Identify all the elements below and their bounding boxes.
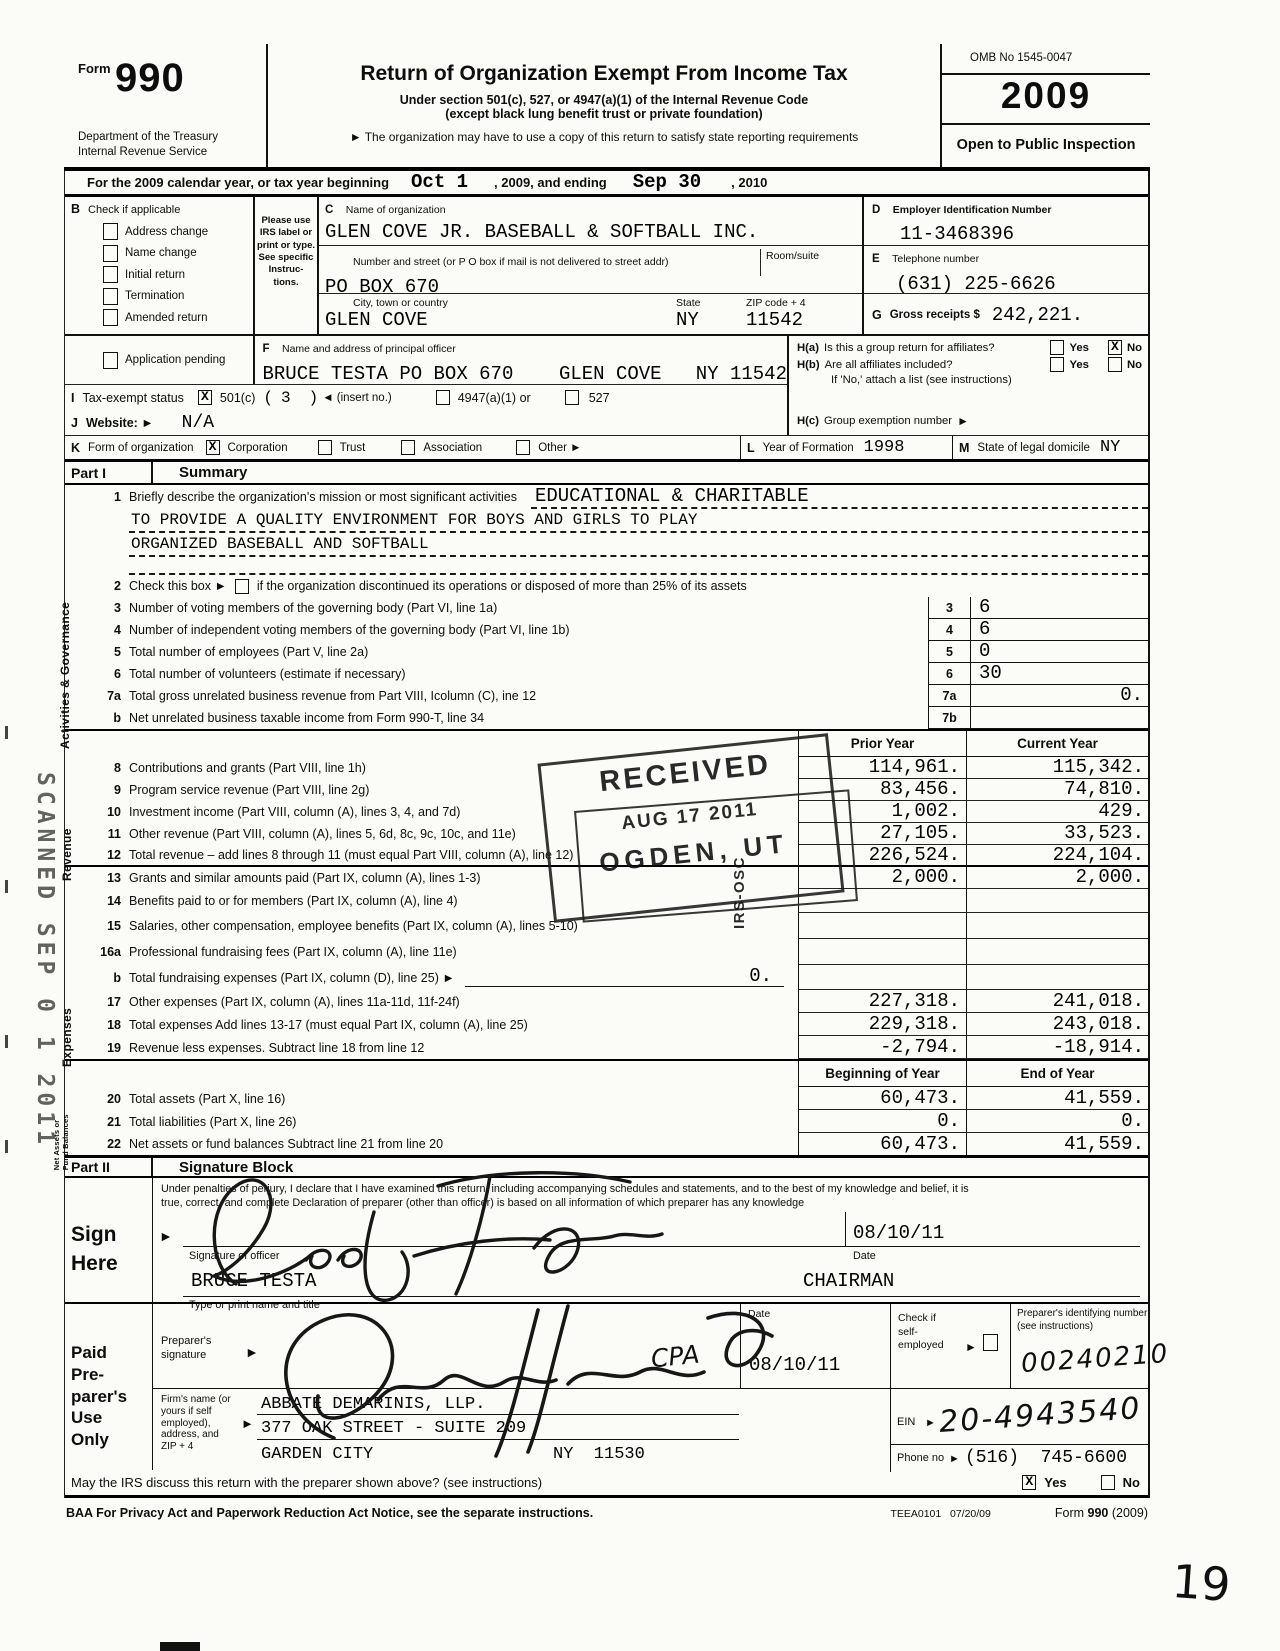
- identity-block: B Check if applicable Address change Nam…: [65, 197, 1148, 336]
- line16b-current: [966, 965, 1148, 990]
- tax-year-mid: , 2009, and ending: [494, 175, 607, 190]
- form-title-block: Return of Organization Exempt From Incom…: [266, 44, 940, 167]
- other-checkbox[interactable]: [516, 440, 530, 455]
- prior-current-header: Prior Year Current Year: [65, 729, 1148, 757]
- signature-line[interactable]: [183, 1246, 1140, 1247]
- sig-row-divider: [153, 1388, 1148, 1389]
- letter-g: G: [872, 308, 882, 322]
- hb-yes-checkbox[interactable]: [1050, 357, 1064, 372]
- line21-end[interactable]: 0.: [966, 1110, 1148, 1133]
- insert-paren-open: (: [263, 390, 273, 406]
- letter-l: L: [747, 441, 755, 455]
- principal-officer-label: Name and address of principal officer: [282, 343, 456, 355]
- state-reporting-note: ► The organization may have to use a cop…: [268, 130, 940, 144]
- ein-cell: D Employer Identification Number 11-3468…: [864, 197, 1148, 245]
- may-irs-discuss-label: May the IRS discuss this return with the…: [71, 1475, 1014, 1490]
- group-return-block: H(a) Is this a group return for affiliat…: [789, 336, 1148, 435]
- sign-here-label: Sign Here: [65, 1178, 153, 1302]
- irs-line: Internal Revenue Service: [78, 145, 218, 159]
- hc-text: Group exemption number: [824, 415, 952, 427]
- part2-bar: Part II Signature Block: [65, 1155, 1148, 1178]
- ha-letter: H(a): [797, 342, 819, 354]
- zip-value[interactable]: 11542: [746, 311, 856, 330]
- check-col-divider: [890, 1304, 891, 1388]
- principal-officer-value[interactable]: BRUCE TESTA PO BOX 670 GLEN COVE NY 1154…: [263, 365, 788, 384]
- association-checkbox[interactable]: [401, 440, 415, 455]
- dept-treasury: Department of the Treasury: [78, 130, 218, 144]
- checkbox-row-address-change: Address change: [65, 221, 253, 243]
- gross-receipts-value[interactable]: 242,221.: [992, 306, 1083, 325]
- scan-artifact: [160, 1642, 200, 1651]
- check-self-employed-label: Check if self- employed: [898, 1312, 944, 1353]
- line13-current[interactable]: 2,000.: [966, 867, 1148, 889]
- ha-no-checkbox[interactable]: X: [1108, 340, 1122, 355]
- received-stamp-inner-outline: [574, 789, 858, 922]
- summary-line-16b: b Total fundraising expenses (Part IX, c…: [65, 965, 1148, 990]
- form-990-page: Form 990 Department of the Treasury Inte…: [0, 0, 1280, 1651]
- line4-value[interactable]: 6: [970, 619, 1148, 641]
- form-number: 990: [115, 56, 185, 100]
- website-label: Website: ►: [86, 416, 154, 430]
- part1-bar: Part I Summary: [65, 462, 1148, 485]
- phone-value[interactable]: (631) 225-6626: [896, 275, 1142, 294]
- checkbox-row-amended-return: Amended return: [65, 307, 253, 329]
- legal-domicile-cell: M State of legal domicile NY: [952, 436, 1148, 459]
- phone-arrow-icon: ►: [949, 1453, 960, 1465]
- hc-letter: H(c): [797, 415, 819, 427]
- officer-name-value[interactable]: BRUCE TESTA: [191, 1272, 316, 1291]
- omb-number: OMB No 1545-0047: [942, 44, 1150, 73]
- year-of-formation-cell: L Year of Formation 1998: [740, 436, 952, 459]
- year-formation-value[interactable]: 1998: [864, 439, 905, 456]
- summary-line-3: 3 Number of voting members of the govern…: [65, 597, 1148, 619]
- letter-c: C: [325, 204, 333, 216]
- hb-no-checkbox[interactable]: [1108, 357, 1122, 372]
- handwritten-page-number: 19: [1170, 1554, 1232, 1612]
- line16a-prior[interactable]: [798, 939, 966, 965]
- line7b-value[interactable]: [970, 707, 1148, 729]
- line2-pre: Check this box ►: [129, 579, 227, 593]
- discuss-yes-checkbox[interactable]: X: [1022, 1475, 1036, 1490]
- scan-artifact: [5, 1140, 8, 1153]
- checkbox-row-name-change: Name change: [65, 243, 253, 265]
- letter-e: E: [872, 253, 880, 265]
- summary-line-2: 2 Check this box ► if the organization d…: [65, 575, 1148, 597]
- scan-artifact: [5, 1035, 8, 1048]
- line19-prior[interactable]: -2,794.: [798, 1036, 966, 1059]
- form-of-org-label: Form of organization: [88, 442, 193, 454]
- form-header: Form 990 Department of the Treasury Inte…: [64, 44, 1150, 171]
- line16b-value[interactable]: 0.: [465, 967, 784, 987]
- room-suite-label: Room/suite: [760, 249, 856, 276]
- letter-k: K: [71, 441, 80, 455]
- hb-note: If 'No,' attach a list (see instructions…: [797, 374, 1142, 386]
- line16b-label: Total fundraising expenses (Part IX, col…: [129, 971, 455, 985]
- line21-begin[interactable]: 0.: [798, 1110, 966, 1133]
- part1-tag: Part I: [65, 462, 153, 483]
- firm-name-line: [257, 1414, 739, 1415]
- part2-tag: Part II: [65, 1158, 153, 1176]
- summary-line-5: 5 Total number of employees (Part V, lin…: [65, 641, 1148, 663]
- line19-current[interactable]: -18,914.: [966, 1036, 1148, 1059]
- omb-year-block: OMB No 1545-0047 2009 Open to Public Ins…: [940, 44, 1150, 167]
- trust-label: Trust: [340, 442, 366, 454]
- side-label-expenses: Expenses: [60, 1008, 74, 1067]
- line18-current[interactable]: 243,018.: [966, 1013, 1148, 1036]
- ein-arrow-icon: ►: [925, 1417, 936, 1429]
- phone-cell: E Telephone number (631) 225-6626: [864, 246, 1148, 293]
- part2-title: Signature Block: [153, 1158, 293, 1176]
- checkbox-row-termination: Termination: [65, 286, 253, 308]
- hb-text: Are all affiliates included?: [825, 359, 953, 371]
- line14-current[interactable]: [966, 889, 1148, 913]
- letter-b: B: [71, 202, 80, 221]
- scan-artifact: [5, 880, 8, 893]
- org-name-value[interactable]: GLEN COVE JR. BASEBALL & SOFTBALL INC.: [325, 223, 856, 242]
- discontinued-checkbox[interactable]: [235, 579, 249, 594]
- tax-year-end-value[interactable]: Sep 30: [633, 173, 701, 192]
- line2-post: if the organization discontinued its ope…: [257, 579, 747, 593]
- summary-line-7a: 7a Total gross unrelated business revenu…: [65, 685, 1148, 707]
- mission-value-4[interactable]: [129, 557, 1148, 575]
- signature-of-officer-label: Signature of officer: [189, 1250, 279, 1262]
- name-title-line: [183, 1296, 1140, 1297]
- application-pending-label: Application pending: [125, 354, 225, 366]
- 527-checkbox[interactable]: [565, 390, 579, 405]
- firm-arrow-icon: ►: [241, 1416, 254, 1431]
- preparer-cpa-note: CPA: [650, 1340, 701, 1374]
- footer-row: BAA For Privacy Act and Paperwork Reduct…: [64, 1498, 1150, 1520]
- summary-line-7b: b Net unrelated business taxable income …: [65, 707, 1148, 729]
- legal-domicile-value[interactable]: NY: [1100, 439, 1120, 456]
- may-irs-discuss-row: May the IRS discuss this return with the…: [65, 1470, 1148, 1498]
- termination-label: Termination: [125, 290, 184, 302]
- initial-return-label: Initial return: [125, 269, 185, 281]
- line17-current[interactable]: 241,018.: [966, 990, 1148, 1013]
- form-subtitle-2: (except black lung benefit trust or priv…: [268, 107, 940, 121]
- sign-here-block: Sign Here Under penalties of perjury, I …: [65, 1178, 1148, 1302]
- mission-value-3[interactable]: ORGANIZED BASEBALL AND SOFTBALL: [129, 533, 1148, 557]
- summary-line-19: 19 Revenue less expenses. Subtract line …: [65, 1036, 1148, 1059]
- website-row: J Website: ► N/A: [65, 410, 787, 435]
- other-label: Other ►: [538, 442, 581, 454]
- name-change-checkbox[interactable]: [103, 245, 118, 262]
- insert-number-value[interactable]: 3: [281, 390, 291, 406]
- 4947a1-label: 4947(a)(1) or: [458, 391, 531, 405]
- tax-year-line: For the 2009 calendar year, or tax year …: [65, 171, 1148, 197]
- mission-value-2[interactable]: TO PROVIDE A QUALITY ENVIRONMENT FOR BOY…: [129, 509, 1148, 533]
- baa-notice: BAA For Privacy Act and Paperwork Reduct…: [66, 1506, 890, 1520]
- gross-receipts-cell: G Gross receipts $ 242,221.: [864, 294, 1148, 334]
- amended-return-checkbox[interactable]: [103, 309, 118, 326]
- 501c-label: 501(c): [220, 391, 255, 405]
- paid-preparer-label: Paid Pre- parer's Use Only: [65, 1304, 153, 1470]
- legal-domicile-label: State of legal domicile: [977, 442, 1090, 454]
- summary-line-20: 20 Total assets (Part X, line 16) 60,473…: [65, 1087, 1148, 1110]
- org-name-label: Name of organization: [346, 204, 446, 216]
- website-value[interactable]: N/A: [182, 414, 214, 432]
- principal-officer-cell: F Name and address of principal officer …: [255, 336, 788, 384]
- summary-line-4: 4 Number of independent voting members o…: [65, 619, 1148, 641]
- scanned-stamp: SCANNED SEP 0 1 2011: [32, 772, 58, 1149]
- trust-checkbox[interactable]: [318, 440, 332, 455]
- firm-street-line: [257, 1439, 739, 1440]
- ein-col-divider: [890, 1388, 891, 1472]
- state-label: State: [676, 297, 746, 309]
- firm-name-value[interactable]: ABBATE DEMARINIS, LLP.: [261, 1396, 485, 1413]
- corporation-label: Corporation: [228, 442, 288, 454]
- preparer-sig-arrow-icon: ►: [245, 1344, 259, 1360]
- gross-receipts-label: Gross receipts $: [890, 309, 980, 321]
- check-if-applicable-label: Check if applicable: [88, 202, 180, 221]
- current-year-header: Current Year: [966, 731, 1148, 757]
- application-pending-checkbox[interactable]: [103, 352, 118, 369]
- tax-year-begin-value[interactable]: Oct 1: [411, 173, 468, 192]
- ha-text: Is this a group return for affiliates?: [824, 342, 995, 354]
- phone-no-label: Phone no: [897, 1452, 944, 1464]
- letter-j: J: [71, 416, 78, 430]
- tax-year: 2009: [942, 73, 1150, 123]
- address-change-label: Address change: [125, 226, 208, 238]
- line5-value[interactable]: 0: [970, 641, 1148, 663]
- part1-title: Summary: [153, 462, 247, 483]
- discuss-yes-label: Yes: [1044, 1475, 1066, 1490]
- line7a-value[interactable]: 0.: [970, 685, 1148, 707]
- ein-label: Employer Identification Number: [893, 204, 1052, 216]
- ha-no-label: No: [1127, 342, 1142, 354]
- checkbox-row-initial-return: Initial return: [65, 264, 253, 286]
- self-employed-arrow-icon: ►: [965, 1340, 977, 1354]
- officer-date-value[interactable]: 08/10/11: [853, 1224, 944, 1243]
- year-formation-label: Year of Formation: [763, 442, 854, 454]
- discuss-no-label: No: [1123, 1475, 1140, 1490]
- city-label: City, town or country: [325, 297, 676, 309]
- summary-line-17: 17 Other expenses (Part IX, column (A), …: [65, 990, 1148, 1013]
- preparer-id-value[interactable]: 00240210: [1020, 1339, 1170, 1379]
- perjury-statement: Under penalties of perjury, I declare th…: [161, 1182, 1142, 1210]
- mission-line-4: [65, 557, 1148, 575]
- summary-line-21: 21 Total liabilities (Part X, line 26) 0…: [65, 1110, 1148, 1133]
- self-employed-checkbox[interactable]: [983, 1334, 998, 1351]
- letter-f: F: [263, 343, 270, 355]
- insert-paren-close: ): [309, 390, 319, 406]
- teea-code: TEEA0101 07/20/09: [890, 1508, 990, 1520]
- letter-i: I: [71, 391, 74, 405]
- mission-line-2: TO PROVIDE A QUALITY ENVIRONMENT FOR BOY…: [65, 509, 1148, 533]
- line8-current[interactable]: 115,342.: [966, 757, 1148, 779]
- name-change-label: Name change: [125, 247, 197, 259]
- form-of-organization-row: K Form of organization X Corporation Tru…: [65, 436, 1148, 462]
- line16a-current[interactable]: [966, 939, 1148, 965]
- insert-no-note: ◄ (insert no.): [322, 392, 392, 404]
- phone-label: Telephone number: [892, 253, 979, 265]
- form-subtitle-1: Under section 501(c), 527, or 4947(a)(1)…: [268, 93, 940, 107]
- hb-yes-label: Yes: [1069, 359, 1088, 371]
- end-of-year-header: End of Year: [966, 1061, 1148, 1087]
- firm-name-label: Firm's name (or yours if self employed),…: [161, 1394, 231, 1453]
- scan-artifact: [5, 726, 8, 739]
- 4947a1-checkbox[interactable]: [436, 390, 450, 405]
- open-to-public: Open to Public Inspection: [942, 123, 1150, 167]
- termination-checkbox[interactable]: [103, 288, 118, 305]
- id-col-divider: [1010, 1304, 1011, 1388]
- preparer-date-label: Date: [748, 1308, 770, 1320]
- preparer-id-label: Preparer's identifying number (see instr…: [1017, 1308, 1147, 1333]
- tax-year-suffix: , 2010: [731, 175, 767, 190]
- officer-title-value[interactable]: CHAIRMAN: [803, 1272, 894, 1291]
- line20-end[interactable]: 41,559.: [966, 1087, 1148, 1110]
- irs-label-instructions: Please use IRS label or print or type. S…: [255, 197, 319, 334]
- 527-label: 527: [589, 391, 610, 405]
- officer-status-block: Application pending F Name and address o…: [65, 336, 1148, 436]
- line17-prior[interactable]: 227,318.: [798, 990, 966, 1013]
- begin-end-header: Beginning of Year End of Year: [65, 1059, 1148, 1087]
- firm-city-value[interactable]: GARDEN CITY: [261, 1446, 373, 1463]
- summary-line-22: 22 Net assets or fund balances Subtract …: [65, 1133, 1148, 1155]
- address-change-checkbox[interactable]: [103, 223, 118, 240]
- tax-year-prefix: For the 2009 calendar year, or tax year …: [87, 175, 389, 190]
- hb-letter: H(b): [797, 359, 820, 371]
- mission-line-3: ORGANIZED BASEBALL AND SOFTBALL: [65, 533, 1148, 557]
- check-if-applicable-block: B Check if applicable Address change Nam…: [65, 197, 255, 334]
- corporation-checkbox[interactable]: X: [206, 440, 220, 455]
- line9-current[interactable]: 74,810.: [966, 779, 1148, 801]
- tax-exempt-status-label: Tax-exempt status: [82, 391, 183, 405]
- beginning-of-year-header: Beginning of Year: [798, 1061, 966, 1087]
- form-word: Form: [78, 61, 111, 76]
- ein-value[interactable]: 20-4943540: [938, 1391, 1143, 1440]
- city-value[interactable]: GLEN COVE: [325, 311, 676, 330]
- 501c-checkbox[interactable]: X: [198, 390, 212, 405]
- line11-current[interactable]: 33,523.: [966, 823, 1148, 845]
- form-number-block: Form 990 Department of the Treasury Inte…: [64, 44, 266, 167]
- line12-current[interactable]: 224,104.: [966, 845, 1148, 865]
- discuss-no-checkbox[interactable]: [1101, 1475, 1115, 1490]
- line22-begin[interactable]: 60,473.: [798, 1133, 966, 1155]
- form-footer: Form 990 (2009): [1055, 1506, 1148, 1520]
- mission-label: Briefly describe the organization's miss…: [129, 490, 517, 504]
- date-col-divider: [740, 1304, 741, 1388]
- firm-street-value[interactable]: 377 OAK STREET - SUITE 209: [261, 1420, 526, 1437]
- line20-begin[interactable]: 60,473.: [798, 1087, 966, 1110]
- irs-osc-stamp-text: IRS-OSC: [731, 856, 748, 929]
- amended-return-label: Amended return: [125, 312, 207, 324]
- summary-line-18: 18 Total expenses Add lines 13-17 (must …: [65, 1013, 1148, 1036]
- line18-prior[interactable]: 229,318.: [798, 1013, 966, 1036]
- date-divider: [845, 1212, 846, 1246]
- hc-arrow-icon: ►: [957, 415, 969, 427]
- form-title: Return of Organization Exempt From Incom…: [268, 62, 940, 86]
- line6-value[interactable]: 30: [970, 663, 1148, 685]
- hb-no-label: No: [1127, 359, 1142, 371]
- phone-row-divider: [890, 1444, 1148, 1445]
- side-label-activities: Activities & Governance: [58, 602, 72, 749]
- zip-label: ZIP code + 4: [746, 297, 856, 309]
- firm-state-zip-value[interactable]: NY 11530: [553, 1446, 645, 1463]
- line10-current[interactable]: 429.: [966, 801, 1148, 823]
- ha-yes-checkbox[interactable]: [1050, 340, 1064, 355]
- paid-preparer-block: Paid Pre- parer's Use Only Preparer's si…: [65, 1302, 1148, 1470]
- state-value[interactable]: NY: [676, 311, 746, 330]
- mission-value-1[interactable]: EDUCATIONAL & CHARITABLE: [531, 485, 1148, 509]
- line16b-prior: [798, 965, 966, 990]
- ha-yes-label: Yes: [1069, 342, 1088, 354]
- preparer-signature-label: Preparer's signature: [161, 1334, 211, 1363]
- letter-m: M: [959, 441, 969, 455]
- line3-value[interactable]: 6: [970, 597, 1148, 619]
- initial-return-checkbox[interactable]: [103, 266, 118, 283]
- ein-label: EIN: [897, 1416, 915, 1428]
- letter-d: D: [872, 204, 880, 216]
- summary-line-6: 6 Total number of volunteers (estimate i…: [65, 663, 1148, 685]
- line15-prior[interactable]: [798, 913, 966, 939]
- street-cell: Number and street (or P O box if mail is…: [319, 246, 864, 293]
- ein-value[interactable]: 11-3468396: [900, 225, 1142, 244]
- officer-date-label: Date: [853, 1250, 876, 1262]
- city-cell: City, town or country State ZIP code + 4…: [319, 294, 864, 334]
- mission-line-1: 1 Briefly describe the organization's mi…: [65, 485, 1148, 509]
- street-label: Number and street (or P O box if mail is…: [325, 256, 760, 268]
- tax-exempt-status-row: I Tax-exempt status X 501(c) ( 3 ) ◄ (in…: [65, 385, 787, 410]
- preparer-date-value[interactable]: 08/10/11: [749, 1356, 840, 1375]
- sign-arrow-icon: ►: [159, 1228, 173, 1244]
- summary-line-16a: 16a Professional fundraising fees (Part …: [65, 939, 1148, 965]
- phone-value[interactable]: (516) 745-6600: [965, 1449, 1127, 1467]
- line15-current[interactable]: [966, 913, 1148, 939]
- checkbox-row-application-pending: Application pending: [65, 336, 255, 384]
- association-label: Association: [423, 442, 482, 454]
- org-name-cell: C Name of organization GLEN COVE JR. BAS…: [319, 197, 864, 245]
- line22-end[interactable]: 41,559.: [966, 1133, 1148, 1155]
- side-label-revenue: Revenue: [60, 828, 74, 881]
